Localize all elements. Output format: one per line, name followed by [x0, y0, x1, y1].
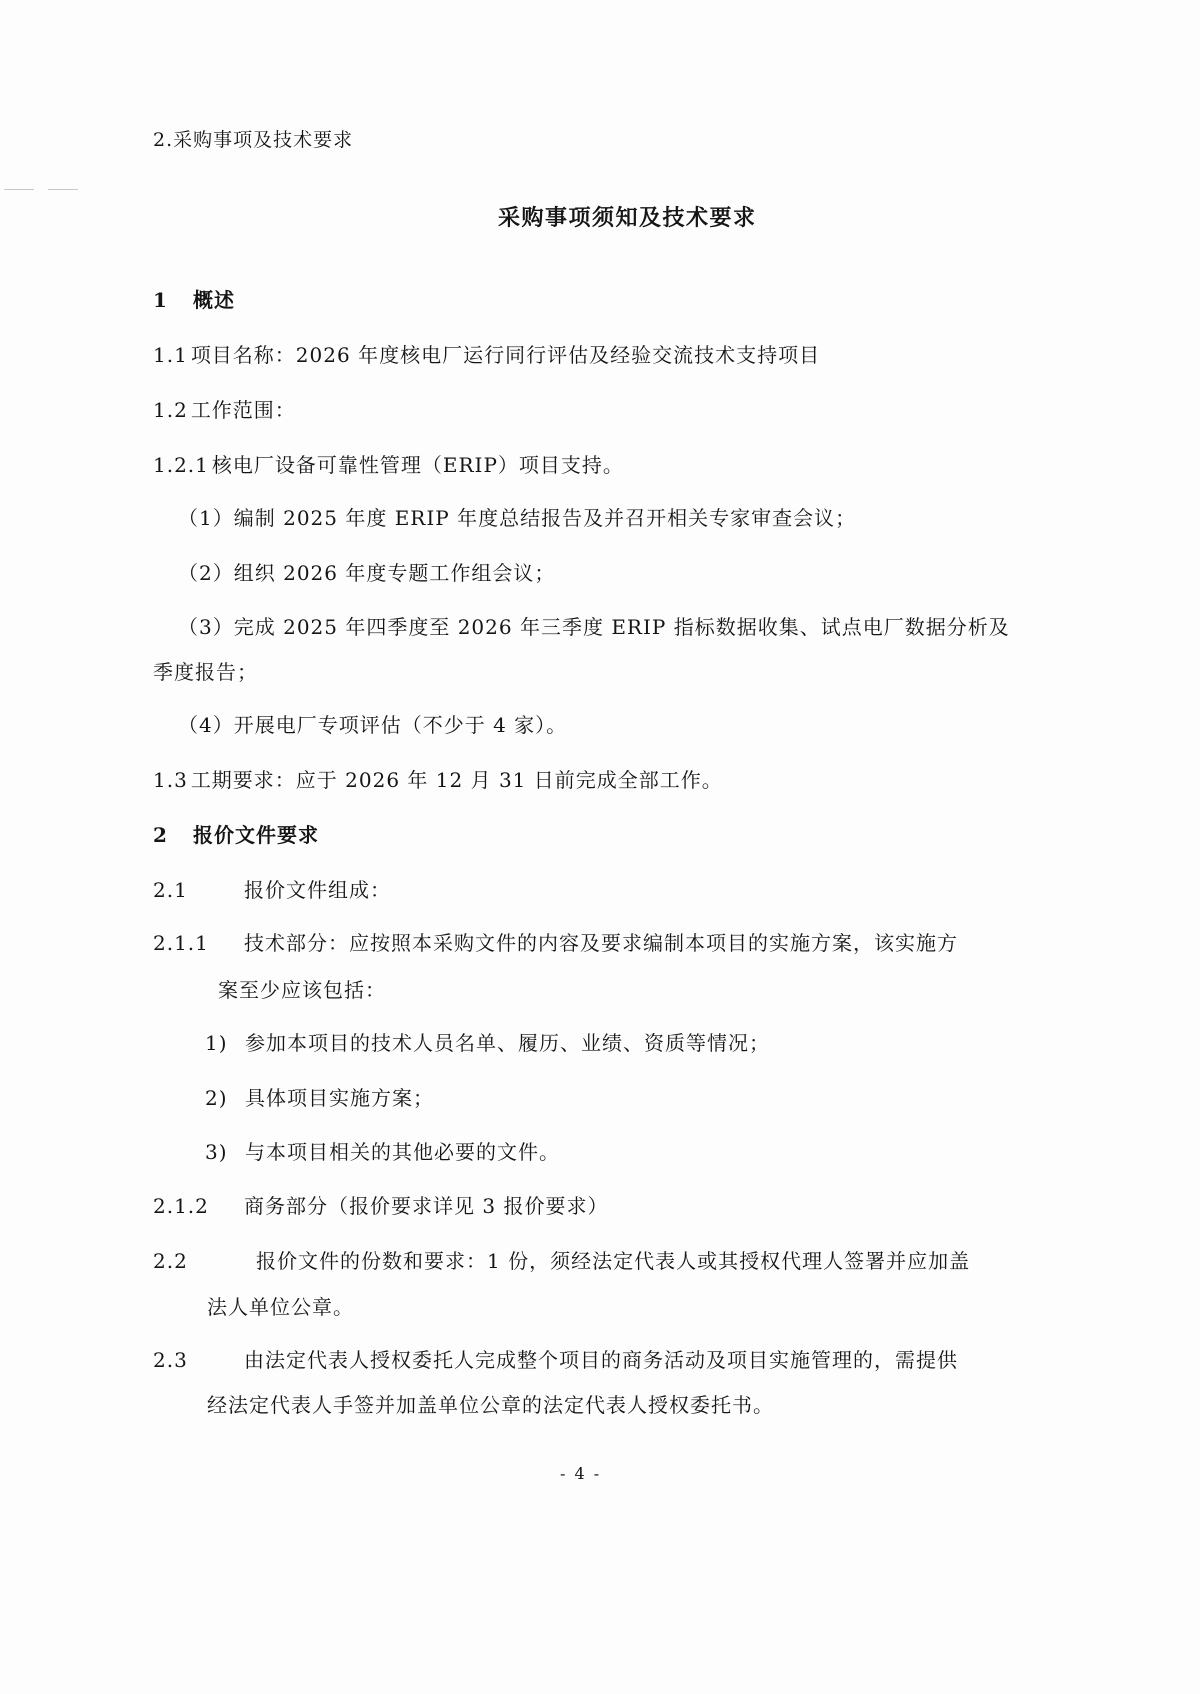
document-title: 采购事项须知及技术要求	[498, 206, 757, 230]
subitem-label: （2）	[178, 561, 234, 585]
item-2-3: 2.3由法定代表人授权委托人完成整个项目的商务活动及项目实施管理的，需提供	[153, 1348, 958, 1372]
item-text: 技术部分：应按照本采购文件的内容及要求编制本项目的实施方案，该实施方	[244, 931, 958, 955]
list-label: 1)	[205, 1031, 245, 1055]
section-title: 报价文件要求	[193, 823, 319, 847]
subitem-1: （1）编制 2025 年度 ERIP 年度总结报告及并召开相关专家审查会议；	[178, 506, 856, 530]
scan-artifact	[48, 189, 78, 190]
list-item-1: 1)参加本项目的技术人员名单、履历、业绩、资质等情况；	[205, 1031, 770, 1055]
section-number: 2	[153, 823, 193, 847]
subitem-label: （3）	[178, 615, 234, 639]
item-text: 由法定代表人授权委托人完成整个项目的商务活动及项目实施管理的，需提供	[244, 1348, 958, 1372]
subitem-3-continuation: 季度报告；	[153, 660, 258, 684]
section-title: 概述	[193, 288, 235, 312]
section-header: 2.采购事项及技术要求	[153, 128, 353, 152]
section-1-heading: 1概述	[153, 288, 235, 312]
item-number: 2.1	[153, 878, 244, 902]
list-item-2: 2)具体项目实施方案；	[205, 1086, 434, 1110]
subitem-text: 完成 2025 年四季度至 2026 年三季度 ERIP 指标数据收集、试点电厂…	[234, 615, 1010, 639]
list-label: 2)	[205, 1086, 245, 1110]
item-2-1-1-continuation: 案至少应该包括：	[218, 978, 386, 1002]
item-1-2: 1.2 工作范围：	[153, 398, 296, 422]
item-2-1-2: 2.1.2商务部分（报价要求详见 3 报价要求）	[153, 1194, 608, 1218]
item-text: 商务部分（报价要求详见 3 报价要求）	[244, 1194, 608, 1218]
item-text: 工期要求：应于 2026 年 12 月 31 日前完成全部工作。	[191, 768, 723, 792]
section-number: 1	[153, 288, 193, 312]
item-number: 2.3	[153, 1348, 244, 1372]
list-text: 具体项目实施方案；	[245, 1086, 434, 1110]
subitem-text: 组织 2026 年度专题工作组会议；	[234, 561, 556, 585]
page-number: - 4 -	[560, 1462, 601, 1486]
item-2-2-continuation: 法人单位公章。	[207, 1295, 354, 1319]
item-text: 报价文件组成：	[244, 878, 391, 902]
item-number: 1.3	[153, 768, 188, 792]
subitem-label: （1）	[178, 506, 234, 530]
subitem-label: （4）	[178, 713, 234, 737]
item-number: 1.2.1	[153, 453, 209, 477]
list-label: 3)	[205, 1140, 245, 1164]
item-number: 2.1.1	[153, 931, 244, 955]
item-2-1-1: 2.1.1技术部分：应按照本采购文件的内容及要求编制本项目的实施方案，该实施方	[153, 931, 958, 955]
item-2-3-continuation: 经法定代表人手签并加盖单位公章的法定代表人授权委托书。	[207, 1393, 774, 1417]
item-number: 1.2	[153, 398, 188, 422]
list-text: 参加本项目的技术人员名单、履历、业绩、资质等情况；	[245, 1031, 770, 1055]
subitem-3: （3）完成 2025 年四季度至 2026 年三季度 ERIP 指标数据收集、试…	[178, 615, 1010, 639]
list-item-3: 3)与本项目相关的其他必要的文件。	[205, 1140, 560, 1164]
item-number: 1.1	[153, 343, 188, 367]
subitem-text: 编制 2025 年度 ERIP 年度总结报告及并召开相关专家审查会议；	[234, 506, 856, 530]
item-text: 项目名称：2026 年度核电厂运行同行评估及经验交流技术支持项目	[191, 343, 820, 367]
item-2-1: 2.1报价文件组成：	[153, 878, 391, 902]
item-number: 2.2	[153, 1249, 256, 1273]
item-number: 2.1.2	[153, 1194, 244, 1218]
item-1-2-1: 1.2.1 核电厂设备可靠性管理（ERIP）项目支持。	[153, 453, 624, 477]
item-text: 报价文件的份数和要求：1 份，须经法定代表人或其授权代理人签署并应加盖	[256, 1249, 970, 1273]
subitem-4: （4）开展电厂专项评估（不少于 4 家）。	[178, 713, 567, 737]
subitem-text: 开展电厂专项评估（不少于 4 家）。	[234, 713, 567, 737]
scan-artifact	[4, 189, 34, 190]
item-text: 核电厂设备可靠性管理（ERIP）项目支持。	[212, 453, 624, 477]
item-2-2: 2.2报价文件的份数和要求：1 份，须经法定代表人或其授权代理人签署并应加盖	[153, 1249, 970, 1273]
list-text: 与本项目相关的其他必要的文件。	[245, 1140, 560, 1164]
section-2-heading: 2报价文件要求	[153, 823, 319, 847]
item-1-1: 1.1 项目名称：2026 年度核电厂运行同行评估及经验交流技术支持项目	[153, 343, 820, 367]
item-1-3: 1.3 工期要求：应于 2026 年 12 月 31 日前完成全部工作。	[153, 768, 723, 792]
item-text: 工作范围：	[191, 398, 296, 422]
subitem-2: （2）组织 2026 年度专题工作组会议；	[178, 561, 555, 585]
document-page: 2.采购事项及技术要求 采购事项须知及技术要求 1概述 1.1 项目名称：202…	[0, 0, 1200, 1694]
